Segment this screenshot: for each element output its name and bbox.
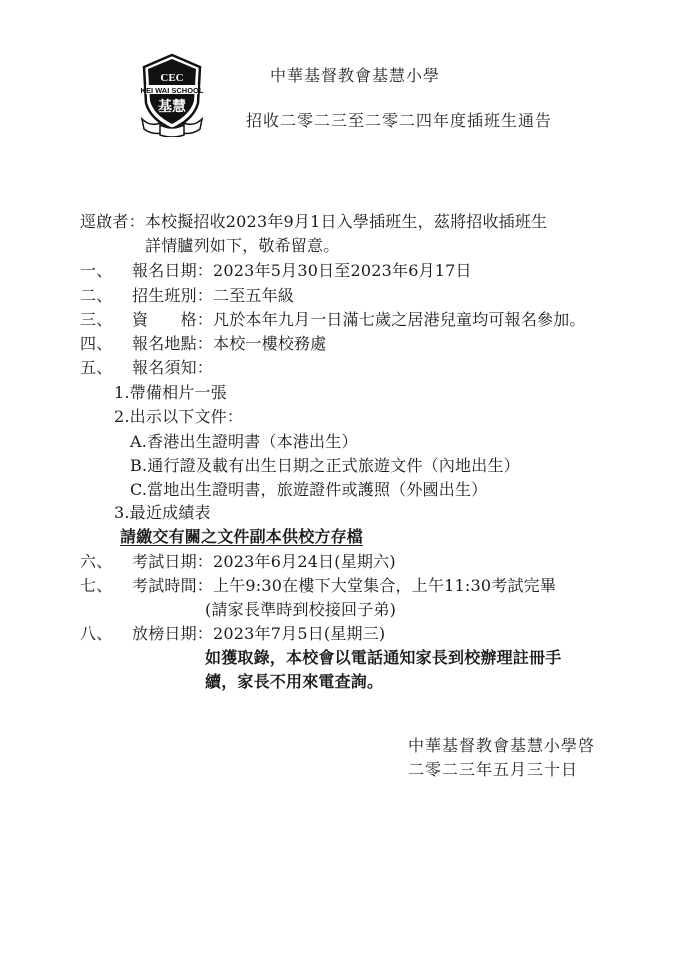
note-photo: 1.帶備相片一張	[114, 383, 227, 403]
item-results-date: 八、放榜日期：2023年7月5日(星期三)	[80, 624, 385, 644]
intro-line-1: 逕啟者：本校擬招收2023年9月1日入學插班生，茲將招收插班生	[80, 212, 547, 232]
note-emphasis: 請繳交有關之文件副本供校方存檔	[120, 527, 363, 547]
intro-line-2: 詳情臚列如下，敬希留意。	[145, 236, 339, 256]
signature-date: 二零二三年五月三十日	[408, 760, 578, 780]
note-doc-b: B.通行證及載有出生日期之正式旅遊文件（內地出生）	[130, 456, 520, 476]
note-report-card: 3.最近成績表	[114, 503, 211, 523]
note-documents: 2.出示以下文件：	[114, 407, 243, 427]
school-name: 中華基督教會基慧小學	[270, 66, 440, 86]
note-doc-c: C.當地出生證明書，旅遊證件或護照（外國出生）	[130, 480, 487, 500]
item-exam-date: 六、考試日期：2023年6月24日(星期六)	[80, 552, 396, 572]
svg-text:CEC: CEC	[160, 72, 183, 84]
item-exam-time: 七、考試時間：上午9:30在樓下大堂集合，上午11:30考試完畢	[80, 576, 556, 596]
item-exam-time-sub: (請家長準時到校接回子弟)	[205, 600, 396, 620]
item-classes: 二、招生班別：二至五年級	[80, 286, 294, 306]
item-eligibility: 三、資 格：凡於本年九月一日滿七歲之居港兒童均可報名參加。	[80, 310, 586, 330]
page-title: 招收二零二三至二零二四年度插班生通告	[246, 111, 552, 131]
svg-text:基慧: 基慧	[158, 98, 186, 115]
school-crest-icon: CEC KEI WAI SCHOOL 基慧	[140, 53, 204, 137]
notice-line-2: 續，家長不用來電查詢。	[205, 672, 383, 692]
note-doc-a: A.香港出生證明書（本港出生）	[130, 432, 358, 452]
item-registration-date: 一、報名日期：2023年5月30日至2023年6月17日	[80, 261, 472, 281]
signature-school: 中華基督教會基慧小學啓	[408, 736, 595, 756]
item-requirements: 五、報名須知：	[80, 358, 213, 378]
item-location: 四、報名地點：本校一樓校務處	[80, 334, 326, 354]
svg-text:KEI WAI SCHOOL: KEI WAI SCHOOL	[141, 86, 204, 95]
notice-line-1: 如獲取錄，本校會以電話通知家長到校辦理註冊手	[205, 648, 561, 668]
